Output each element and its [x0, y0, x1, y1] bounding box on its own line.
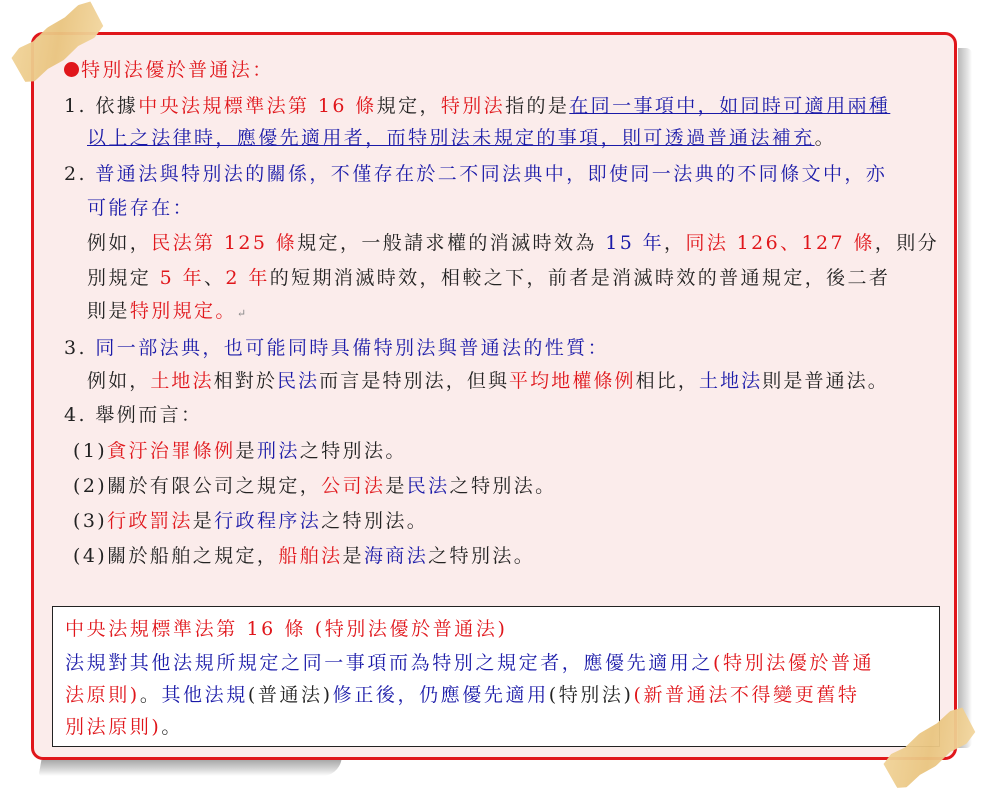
law-name: 平均地權條例	[509, 370, 636, 392]
note-content: 特別法優於普通法： 1. 依據中央法規標準法第 16 條規定，特別法指的是在同一…	[0, 0, 995, 799]
item-1-line-1: 1. 依據中央法規標準法第 16 條規定，特別法指的是在同一事項中，如同時可適用…	[64, 94, 890, 118]
text-run: 是	[385, 475, 406, 497]
text-run: 。	[140, 684, 162, 706]
text-run: (4)關於船舶之規定，	[73, 545, 278, 567]
item-2-example-line-3: 則是特別規定。↵	[87, 299, 246, 326]
duration-value: 15 年	[597, 232, 664, 254]
statute-line-1: 法規對其他法規所規定之同一事項而為特別之規定者，應優先適用之(特別法優於普通	[65, 651, 874, 675]
example-2: (2)關於有限公司之規定，公司法是民法之特別法。	[73, 474, 557, 498]
principle-label: (新普通法不得變更舊特	[634, 684, 860, 706]
statute-quote-box: 中央法規標準法第 16 條 (特別法優於普通法) 法規對其他法規所規定之同一事項…	[52, 606, 940, 747]
text-run: 規定，	[377, 95, 441, 117]
text-run: (1)	[73, 440, 107, 462]
text-run: 則是普通法。	[762, 370, 889, 392]
principle-label: 別法原則)	[65, 716, 161, 738]
text-run: 之特別法。	[450, 475, 557, 497]
text-run: 指的是	[505, 95, 569, 117]
law-name: 土地法	[699, 370, 762, 392]
text-run: 之特別法。	[300, 440, 407, 462]
item-1-line-2: 以上之法律時，應優先適用者，而特別法未規定的事項，則可透過普通法補充。	[87, 126, 836, 150]
definition-underlined: 以上之法律時，應優先適用者，而特別法未規定的事項，則可透過普通法補充	[87, 127, 815, 149]
text-run: ，	[664, 232, 685, 254]
text-run: 別規定	[87, 267, 151, 289]
section-title-text: 特別法優於普通法：	[81, 59, 274, 81]
statute-line-3: 別法原則)。	[65, 715, 183, 739]
text-run: (特別法)	[549, 684, 634, 706]
text-run: 而言是特別法，但與	[319, 370, 509, 392]
statute-title: 中央法規標準法第 16 條 (特別法優於普通法)	[65, 618, 508, 640]
text-run: 其他法規	[161, 684, 247, 706]
law-reference: 民法第 125 條	[151, 232, 297, 254]
text-run: 之特別法。	[321, 510, 428, 532]
text-run: 相比，	[636, 370, 699, 392]
item-2-line-2: 可能存在：	[87, 196, 194, 220]
item-2-example-line-2: 別規定 5 年、2 年的短期消滅時效，相較之下，前者是消滅時效的普通規定，後二者	[87, 266, 890, 290]
text-run: 依據	[95, 95, 138, 117]
text-run: 則是	[87, 300, 130, 322]
text-run: 特別規定。	[130, 300, 237, 322]
text-run: 是	[236, 440, 257, 462]
law-name: 行政罰法	[107, 510, 193, 532]
red-dot-icon	[64, 62, 79, 77]
item-2-line-1: 2. 普通法與特別法的關係，不僅存在於二不同法典中，即使同一法典的不同條文中，亦	[64, 162, 887, 186]
statute-heading: 中央法規標準法第 16 條 (特別法優於普通法)	[65, 617, 508, 641]
law-name: 貪汙治罪條例	[107, 440, 235, 462]
text-run: 之特別法。	[428, 545, 535, 567]
text-run: 例如，	[87, 370, 150, 392]
item-number: 1.	[64, 95, 87, 117]
duration-value: 2 年	[225, 267, 269, 289]
text-run: (3)	[73, 510, 107, 532]
law-name: 海商法	[364, 545, 428, 567]
text-run: 的短期消滅時效，相較之下，前者是消滅時效的普通規定，後二者	[270, 267, 891, 289]
principle-label: 法原則)	[65, 684, 140, 706]
text-run: 可能存在：	[87, 197, 194, 219]
law-name: 刑法	[257, 440, 300, 462]
item-3-example: 例如，土地法相對於民法而言是特別法，但與平均地權條例相比，土地法則是普通法。	[87, 369, 889, 393]
statute-line-2: 法原則)。其他法規(普通法)修正後，仍應優先適用(特別法)(新普通法不得變更舊特	[65, 683, 860, 707]
law-reference: 同法 126、127 條	[685, 232, 874, 254]
text-run: 規定，一般請求權的消滅時效為	[297, 232, 597, 254]
text-run: (2)關於有限公司之規定，	[73, 475, 321, 497]
text-run: 普通法與特別法的關係，不僅存在於二不同法典中，即使同一法典的不同條文中，亦	[95, 163, 887, 185]
example-1: (1)貪汙治罪條例是刑法之特別法。	[73, 439, 407, 463]
text-run: 是	[193, 510, 214, 532]
text-run: 、	[204, 267, 225, 289]
definition-underlined: 在同一事項中，如同時可適用兩種	[569, 95, 890, 117]
law-name: 土地法	[150, 370, 213, 392]
text-run: ，則分	[875, 232, 939, 254]
law-name: 民法	[407, 475, 450, 497]
duration-value: 5 年	[151, 267, 204, 289]
law-reference: 中央法規標準法第 16 條	[138, 95, 376, 117]
section-title: 特別法優於普通法：	[64, 58, 274, 82]
text-run: 修正後，仍應優先適用	[333, 684, 549, 706]
text-run: 是	[343, 545, 364, 567]
term-special-law: 特別法	[441, 95, 505, 117]
text-run: 舉例而言：	[95, 404, 202, 426]
law-name: 公司法	[321, 475, 385, 497]
text-run: 例如，	[87, 232, 151, 254]
example-4: (4)關於船舶之規定，船舶法是海商法之特別法。	[73, 544, 535, 568]
item-number: 3.	[64, 337, 87, 359]
item-3-line-1: 3. 同一部法典，也可能同時具備特別法與普通法的性質：	[64, 336, 609, 360]
item-number: 2.	[64, 163, 87, 185]
law-name: 行政程序法	[214, 510, 321, 532]
item-4-line-1: 4. 舉例而言：	[64, 403, 202, 427]
item-number: 4.	[64, 404, 87, 426]
paragraph-mark-icon: ↵	[237, 307, 246, 320]
text-run: 相對於	[214, 370, 277, 392]
text-run: 法規對其他法規所規定之同一事項而為特別之規定者，應優先適用之	[65, 652, 713, 674]
text-run: 。	[161, 716, 183, 738]
principle-label: (特別法優於普通	[713, 652, 874, 674]
law-name: 民法	[277, 370, 319, 392]
text-run: 。	[815, 127, 836, 149]
law-name: 船舶法	[278, 545, 342, 567]
text-run: 同一部法典，也可能同時具備特別法與普通法的性質：	[95, 337, 609, 359]
item-2-example-line-1: 例如，民法第 125 條規定，一般請求權的消滅時效為 15 年，同法 126、1…	[87, 231, 939, 255]
example-3: (3)行政罰法是行政程序法之特別法。	[73, 509, 428, 533]
text-run: (普通法)	[248, 684, 333, 706]
